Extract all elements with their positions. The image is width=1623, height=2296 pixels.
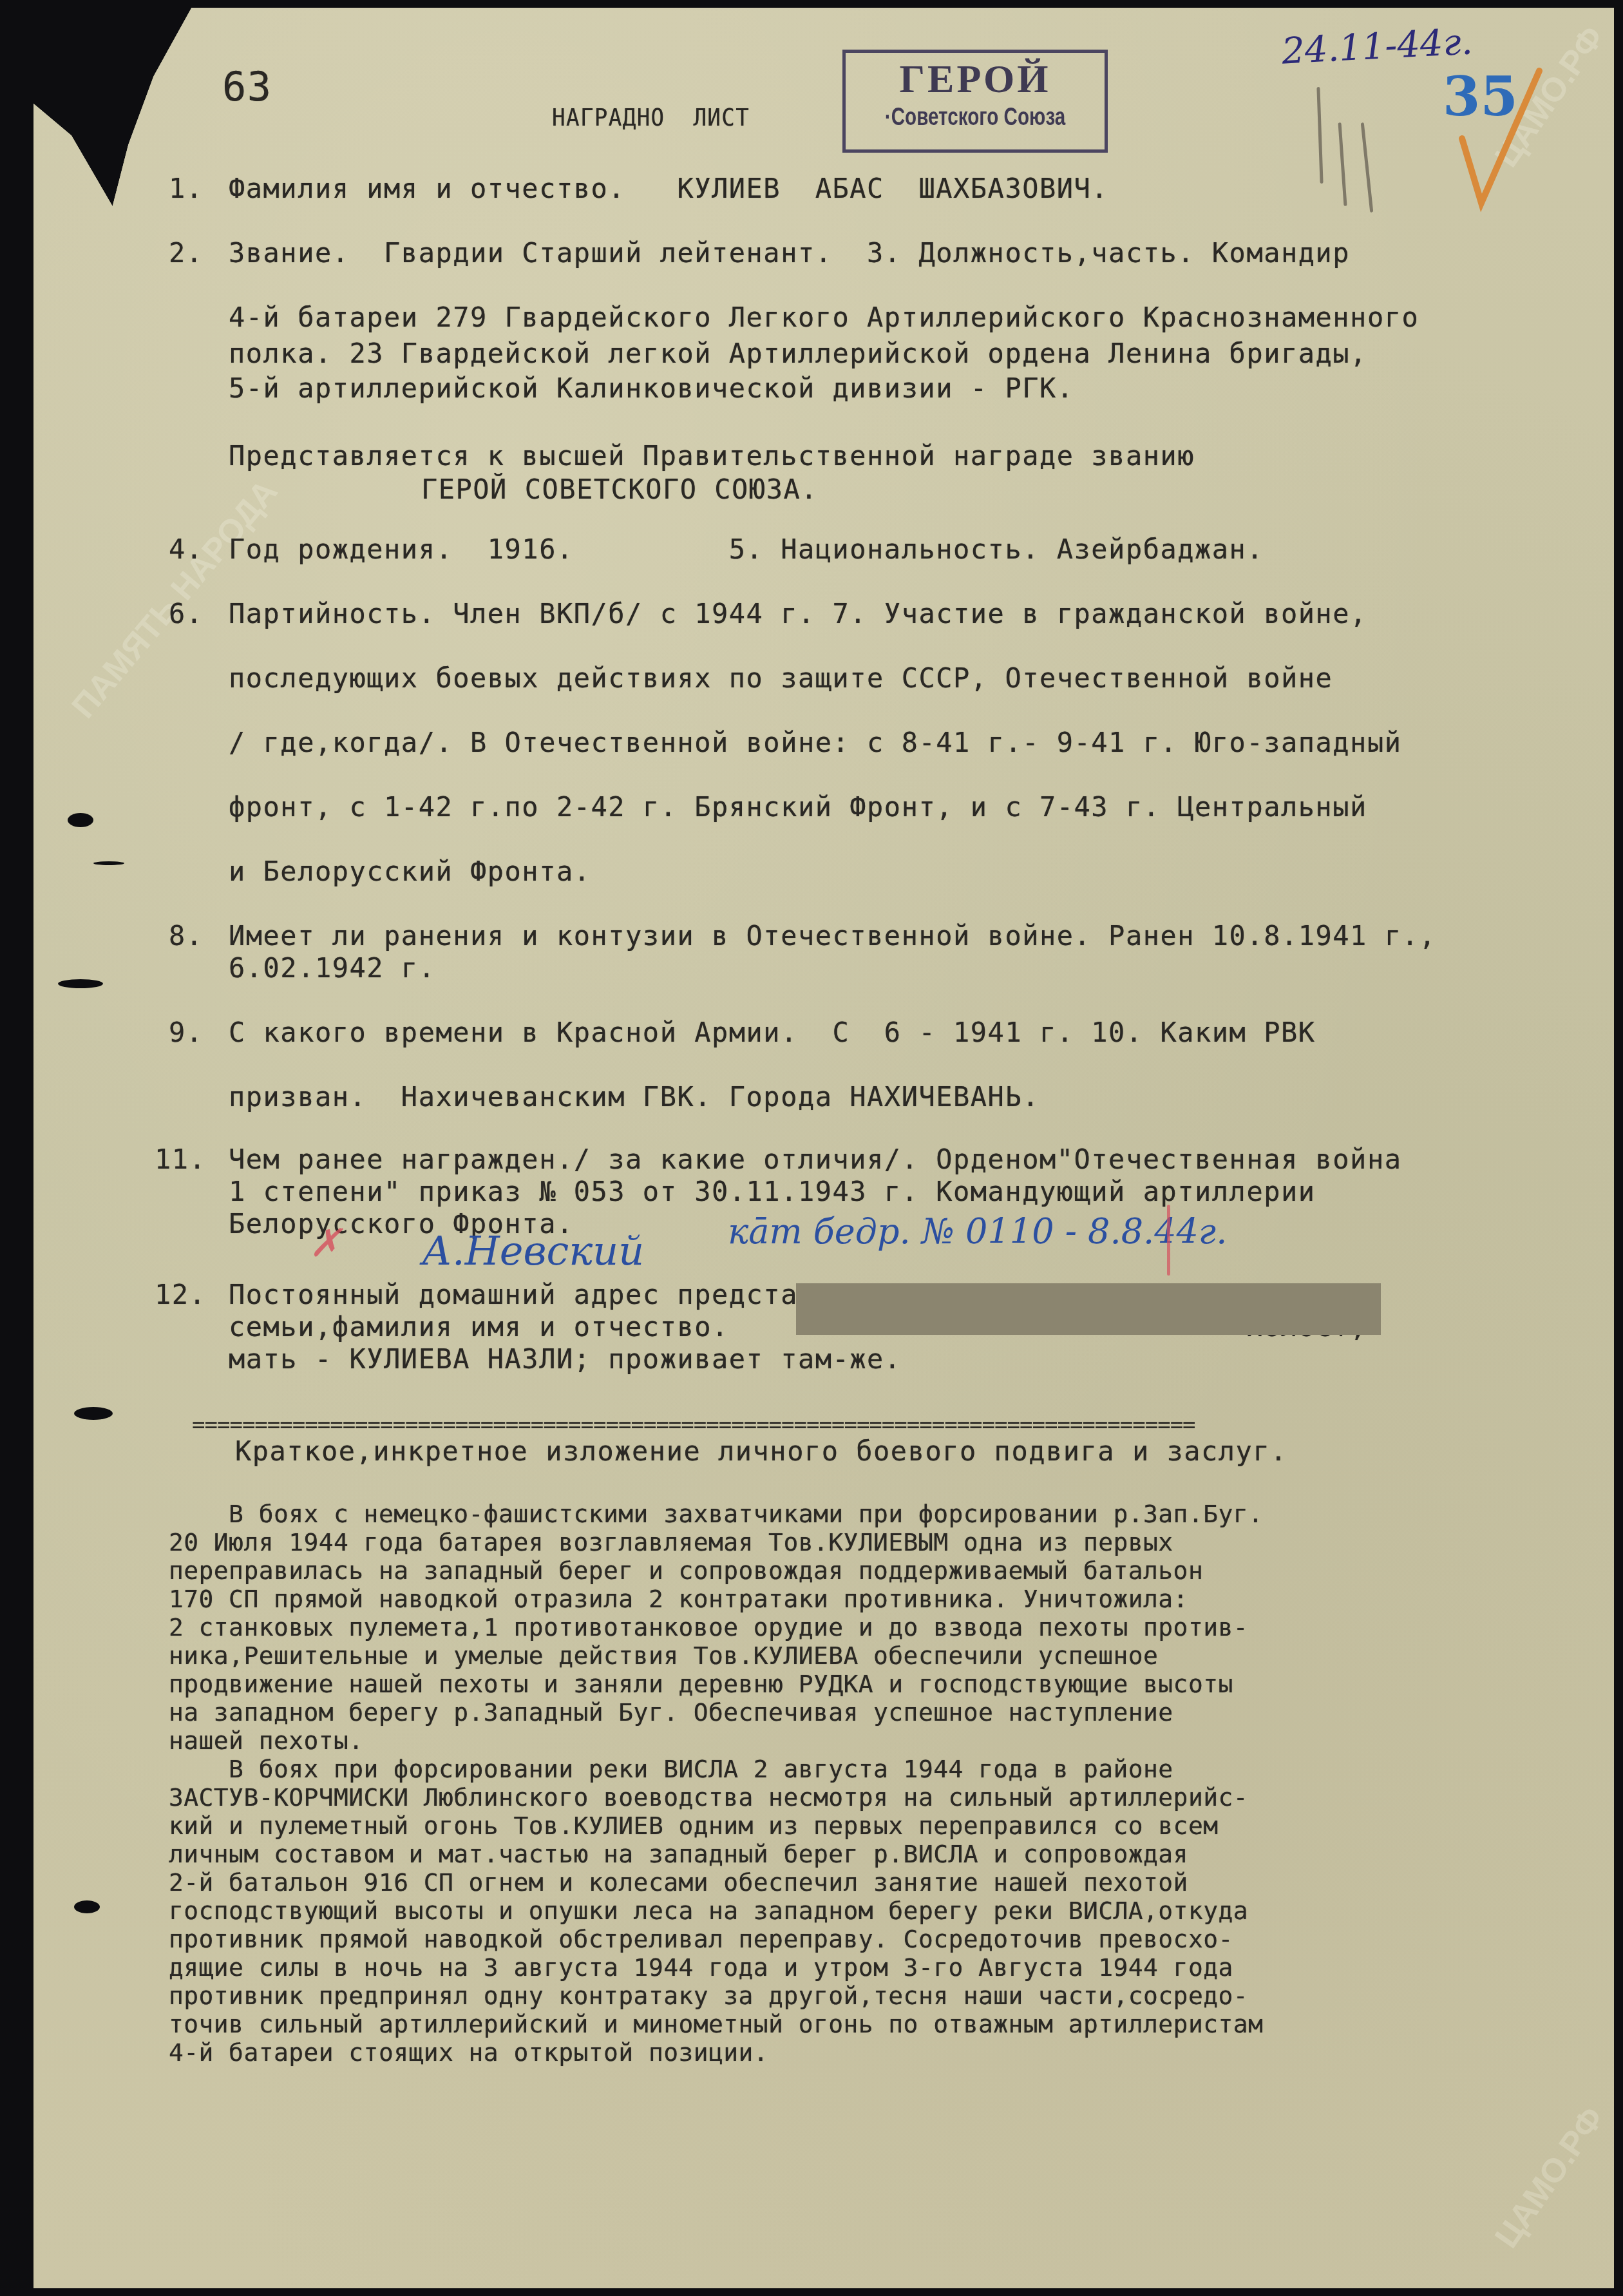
field-num-6: 6.: [169, 598, 204, 629]
narrative-line: продвижение нашей пехоты и заняли деревн…: [169, 1670, 1263, 1698]
binding-hole: [58, 979, 103, 988]
narrative-line: 20 Июля 1944 года батарея возглавляемая …: [169, 1528, 1263, 1556]
check-mark-icon: [1456, 68, 1546, 216]
field-war-line: фронт, с 1-42 г.по 2-42 г. Брянский Фрон…: [229, 791, 1367, 823]
separator-line: ========================================…: [192, 1412, 1499, 1438]
field-num-9: 9.: [169, 1017, 204, 1048]
field-rank-position: Звание. Гвардии Старший лейтенант. 3. До…: [229, 237, 1350, 269]
field-num-4: 4.: [169, 533, 204, 565]
document-title: НАГРАДНО ЛИСТ: [552, 103, 750, 131]
field-num-12: 12.: [155, 1279, 206, 1310]
field-service: С какого времени в Красной Армии. С 6 - …: [229, 1017, 1316, 1048]
field-unit-line: полка. 23 Гвардейской легкой Артиллерийс…: [229, 338, 1367, 369]
nomination-line: Представляется к высшей Правительственно…: [229, 440, 1195, 472]
field-address: мать - КУЛИЕВА НАЗЛИ; проживает там-же.: [229, 1343, 902, 1375]
field-num-1: 1.: [169, 173, 204, 204]
narrative-line: 170 СП прямой наводкой отразила 2 контра…: [169, 1585, 1263, 1613]
hero-stamp: ГЕРОЙ ·Советского Союза: [842, 50, 1108, 153]
handwritten-signature: А.Невский: [422, 1227, 644, 1274]
field-num-8: 8.: [169, 920, 204, 952]
narrative-line: В боях с немецко-фашистскими захватчикам…: [169, 1500, 1263, 1528]
narrative-line: переправилась на западный берег и сопров…: [169, 1556, 1263, 1585]
narrative-line: личным составом и мат.частью на западный…: [169, 1840, 1263, 1868]
stamp-line-2: ·Советского Союза: [874, 104, 1076, 131]
field-unit-line: 5-й артиллерийской Калинковической дивиз…: [229, 372, 1074, 404]
nomination-title: ГЕРОЙ СОВЕТСКОГО СОЮЗА.: [335, 474, 818, 505]
field-war-line: последующих боевых действиях по защите С…: [229, 662, 1333, 694]
narrative-line: ника,Решительные и умелые действия Тов.К…: [169, 1641, 1263, 1670]
field-awards: 1 степени" приказ № 053 от 30.11.1943 г.…: [229, 1176, 1316, 1207]
red-mark: ✗: [309, 1221, 341, 1266]
section-title: Краткое,инкретное изложение личного боев…: [235, 1435, 1287, 1467]
binding-hole: [93, 861, 124, 865]
field-war-line: и Белорусский Фронта.: [229, 856, 591, 887]
binding-hole: [74, 1407, 113, 1420]
field-service: призван. Нахичеванским ГВК. Города НАХИЧ…: [229, 1081, 1039, 1113]
stamp-line-1: ГЕРОЙ: [846, 57, 1105, 102]
field-party-war: Партийность. Член ВКП/б/ с 1944 г. 7. Уч…: [229, 598, 1367, 629]
field-num-11: 11.: [155, 1143, 206, 1175]
narrative-text: В боях с немецко-фашистскими захватчикам…: [169, 1500, 1263, 2067]
field-wounds: 6.02.1942 г.: [229, 952, 435, 984]
narrative-line: противник предпринял одну контратаку за …: [169, 1982, 1263, 2010]
field-awards: Чем ранее награжден./ за какие отличия/.…: [229, 1143, 1401, 1175]
narrative-line: кий и пулеметный огонь Тов.КУЛИЕВ одним …: [169, 1812, 1263, 1840]
field-wounds: Имеет ли ранения и контузии в Отечествен…: [229, 920, 1436, 952]
narrative-line: противник прямой наводкой обстреливал пе…: [169, 1925, 1263, 1953]
narrative-line: 2 станковых пулемета,1 противотанковое о…: [169, 1613, 1263, 1641]
narrative-line: 2-й батальон 916 СП огнем и колесами обе…: [169, 1868, 1263, 1897]
handwritten-note: ка̄т бедр. № 0110 - 8.8.44г.: [728, 1211, 1227, 1252]
redaction-box: [796, 1283, 1381, 1335]
field-war-line: / где,когда/. В Отечественной войне: с 8…: [229, 727, 1401, 758]
field-full-name: Фамилия имя и отчество. КУЛИЕВ АБАС ШАХБ…: [229, 173, 1108, 204]
binding-hole: [68, 813, 93, 827]
narrative-line: ЗАСТУВ-КОРЧМИСКИ Люблинского воеводства …: [169, 1783, 1263, 1812]
field-num-2: 2.: [169, 237, 204, 269]
red-mark: [1167, 1205, 1170, 1276]
narrative-line: господствующий высоты и опушки леса на з…: [169, 1897, 1263, 1925]
page-number: 63: [222, 63, 272, 110]
field-unit-line: 4-й батареи 279 Гвардейского Легкого Арт…: [229, 301, 1419, 333]
narrative-line: дящие силы в ночь на 3 августа 1944 года…: [169, 1953, 1263, 1982]
narrative-line: 4-й батареи стоящих на открытой позиции.: [169, 2038, 1263, 2067]
narrative-line: на западном берегу р.Западный Буг. Обесп…: [169, 1698, 1263, 1727]
field-birth-nationality: Год рождения. 1916. 5. Национальность. А…: [229, 533, 1264, 565]
narrative-line: нашей пехоты.: [169, 1727, 1263, 1755]
narrative-line: точив сильный артиллерийский и минометны…: [169, 2010, 1263, 2038]
binding-hole: [74, 1900, 100, 1913]
narrative-line: В боях при форсировании реки ВИСЛА 2 авг…: [169, 1755, 1263, 1783]
